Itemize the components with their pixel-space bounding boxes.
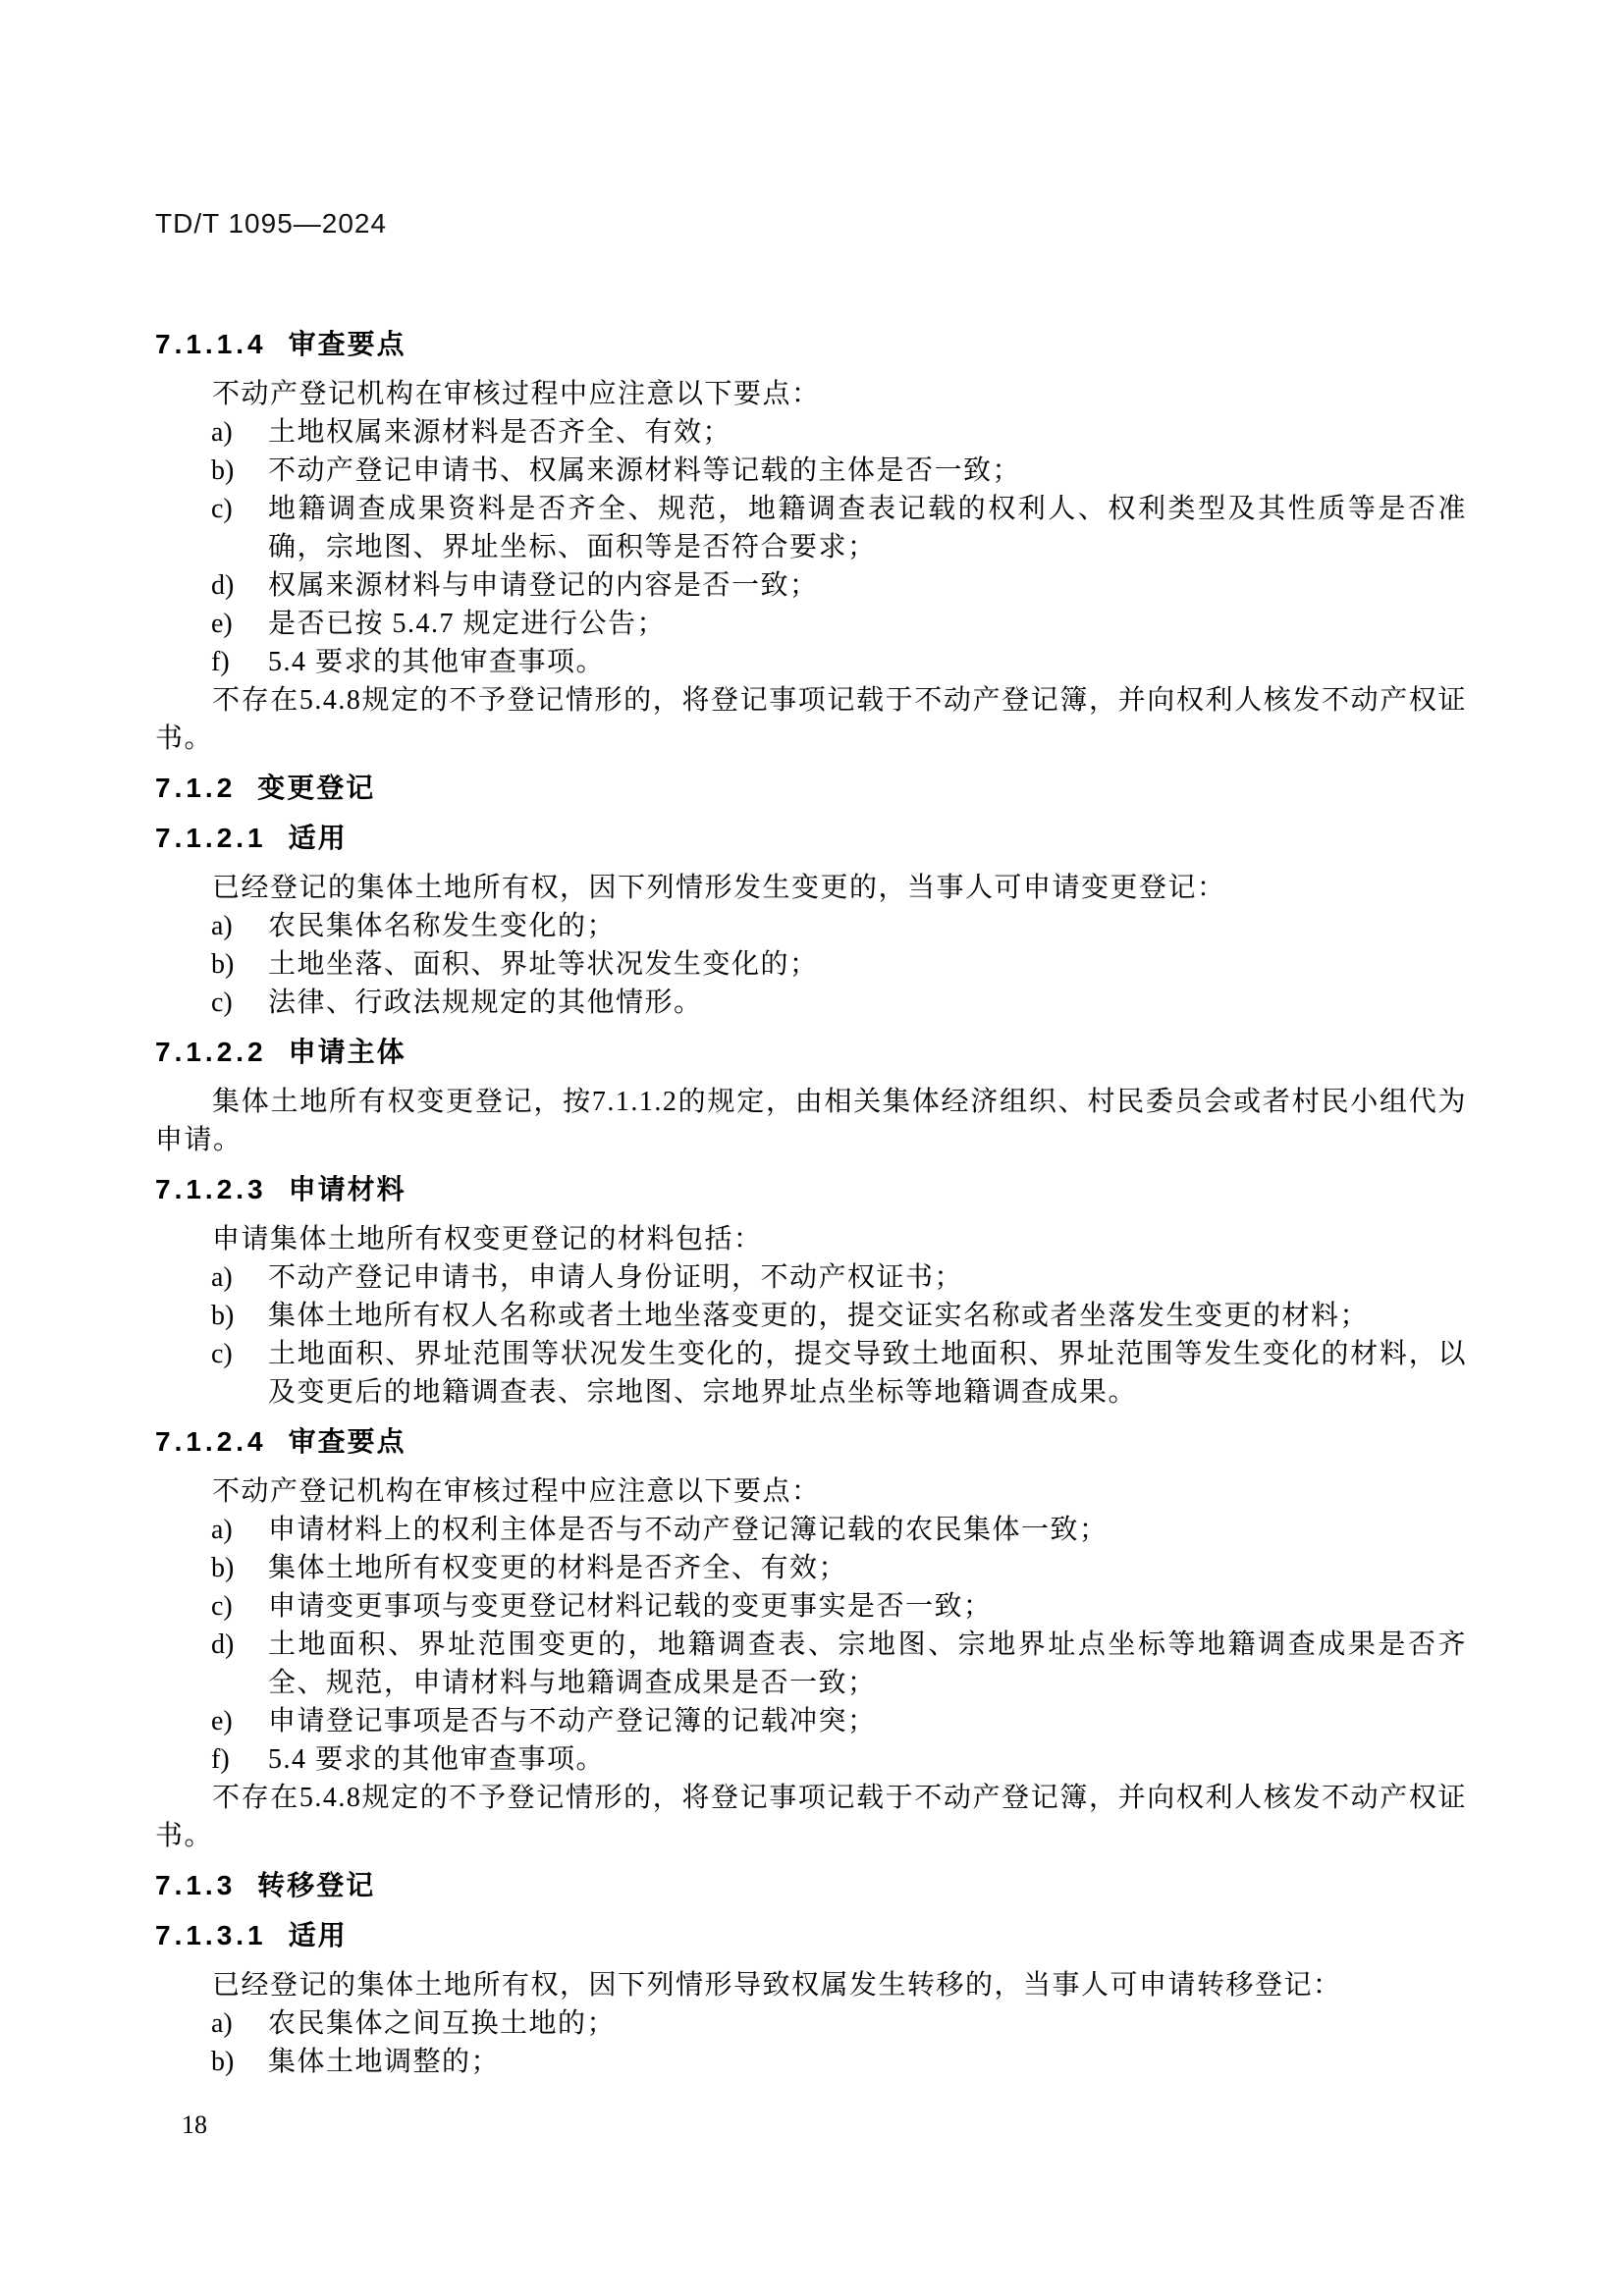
list-item-text: 集体土地所有权人名称或者土地坐落变更的，提交证实名称或者坐落发生变更的材料； [268, 1301, 1369, 1331]
list-item-label: f) [211, 643, 230, 681]
section-title: 审查要点 [289, 329, 406, 359]
section-number: 7.1.3.1 [155, 1920, 267, 1950]
section-title: 变更登记 [257, 773, 375, 803]
section-title: 适用 [289, 823, 348, 853]
section-number: 7.1.2.2 [155, 1037, 267, 1067]
section-heading: 7.1.2.4审查要点 [155, 1422, 1467, 1461]
section-number: 7.1.2 [155, 773, 236, 803]
section-heading: 7.1.3.1适用 [155, 1916, 1467, 1954]
list-item-label: b) [211, 452, 234, 490]
paragraph: 已经登记的集体土地所有权，因下列情形发生变更的，当事人可申请变更登记： [155, 869, 1467, 907]
list-item-text: 土地坐落、面积、界址等状况发生变化的； [268, 949, 819, 980]
list-item: e)是否已按 5.4.7 规定进行公告； [155, 605, 1467, 643]
list-item: b)不动产登记申请书、权属来源材料等记载的主体是否一致； [155, 452, 1467, 490]
list-item-text: 申请登记事项是否与不动产登记簿的记载冲突； [268, 1706, 877, 1736]
list-item: c)地籍调查成果资料是否齐全、规范，地籍调查表记载的权利人、权利类型及其性质等是… [155, 490, 1467, 566]
page-number: 18 [182, 2110, 207, 2140]
list-item-text: 地籍调查成果资料是否齐全、规范，地籍调查表记载的权利人、权利类型及其性质等是否准… [268, 494, 1467, 562]
list-item-text: 申请材料上的权利主体是否与不动产登记簿记载的农民集体一致； [268, 1515, 1109, 1545]
list-item-text: 是否已按 5.4.7 规定进行公告； [268, 609, 666, 639]
list-item: c)法律、行政法规规定的其他情形。 [155, 984, 1467, 1022]
list-item-text: 集体土地调整的； [268, 2047, 500, 2077]
list-item-text: 不动产登记申请书，申请人身份证明，不动产权证书； [268, 1262, 963, 1293]
document-body: 7.1.1.4审查要点不动产登记机构在审核过程中应注意以下要点：a)土地权属来源… [155, 314, 1467, 2081]
section-heading: 7.1.2.2申请主体 [155, 1033, 1467, 1071]
list-item: e)申请登记事项是否与不动产登记簿的记载冲突； [155, 1702, 1467, 1740]
list-item-label: a) [211, 907, 233, 945]
section-number: 7.1.2.4 [155, 1426, 267, 1457]
list-item-label: c) [211, 984, 233, 1022]
paragraph: 不存在5.4.8规定的不予登记情形的，将登记事项记载于不动产登记簿，并向权利人核… [155, 1779, 1467, 1855]
section-number: 7.1.3 [155, 1870, 236, 1900]
list-item-label: f) [211, 1740, 230, 1779]
section-number: 7.1.2.1 [155, 823, 267, 853]
list-item-label: a) [211, 2004, 233, 2043]
list-item-text: 集体土地所有权变更的材料是否齐全、有效； [268, 1553, 847, 1583]
list-item: a)农民集体之间互换土地的； [155, 2004, 1467, 2043]
list-item: a)土地权属来源材料是否齐全、有效； [155, 413, 1467, 452]
list-item-label: c) [211, 1587, 233, 1626]
list-item-text: 法律、行政法规规定的其他情形。 [268, 988, 703, 1018]
section-title: 转移登记 [257, 1870, 375, 1900]
section-number: 7.1.1.4 [155, 329, 267, 359]
list-item-text: 农民集体名称发生变化的； [268, 911, 616, 941]
list-item: a)农民集体名称发生变化的； [155, 907, 1467, 945]
list-item-text: 5.4 要求的其他审查事项。 [268, 647, 605, 677]
list-item: b)土地坐落、面积、界址等状况发生变化的； [155, 945, 1467, 984]
section-heading: 7.1.2.3申请材料 [155, 1170, 1467, 1208]
list-item: c)申请变更事项与变更登记材料记载的变更事实是否一致； [155, 1587, 1467, 1626]
list-item-label: b) [211, 1297, 234, 1335]
list-item: c)土地面积、界址范围等状况发生变化的，提交导致土地面积、界址范围等发生变化的材… [155, 1335, 1467, 1412]
section-title: 申请材料 [289, 1174, 406, 1204]
list-item-label: e) [211, 605, 233, 643]
list-item: a)申请材料上的权利主体是否与不动产登记簿记载的农民集体一致； [155, 1511, 1467, 1549]
section-number: 7.1.2.3 [155, 1174, 267, 1204]
list-item-label: a) [211, 413, 233, 452]
list-item: f)5.4 要求的其他审查事项。 [155, 1740, 1467, 1779]
standard-number-header: TD/T 1095—2024 [155, 208, 387, 240]
section-title: 适用 [289, 1920, 348, 1950]
paragraph: 集体土地所有权变更登记，按7.1.1.2的规定，由相关集体经济组织、村民委员会或… [155, 1083, 1467, 1159]
section-heading: 7.1.2.1适用 [155, 819, 1467, 857]
list-item: d)权属来源材料与申请登记的内容是否一致； [155, 566, 1467, 605]
paragraph: 申请集体土地所有权变更登记的材料包括： [155, 1220, 1467, 1258]
section-heading: 7.1.3转移登记 [155, 1866, 1467, 1904]
list-item: d)土地面积、界址范围变更的，地籍调查表、宗地图、宗地界址点坐标等地籍调查成果是… [155, 1626, 1467, 1702]
paragraph: 不动产登记机构在审核过程中应注意以下要点： [155, 375, 1467, 413]
list-item: b)集体土地所有权人名称或者土地坐落变更的，提交证实名称或者坐落发生变更的材料； [155, 1297, 1467, 1335]
section-heading: 7.1.1.4审查要点 [155, 325, 1467, 363]
list-item-label: e) [211, 1702, 233, 1740]
list-item-label: a) [211, 1511, 233, 1549]
list-item: b)集体土地所有权变更的材料是否齐全、有效； [155, 1549, 1467, 1587]
list-item-label: c) [211, 490, 233, 528]
paragraph: 不存在5.4.8规定的不予登记情形的，将登记事项记载于不动产登记簿，并向权利人核… [155, 681, 1467, 758]
list-item: f)5.4 要求的其他审查事项。 [155, 643, 1467, 681]
section-title: 审查要点 [289, 1426, 406, 1457]
list-item-text: 权属来源材料与申请登记的内容是否一致； [268, 570, 819, 601]
list-item-text: 土地面积、界址范围变更的，地籍调查表、宗地图、宗地界址点坐标等地籍调查成果是否齐… [268, 1629, 1467, 1698]
list-item-text: 土地面积、界址范围等状况发生变化的，提交导致土地面积、界址范围等发生变化的材料，… [268, 1339, 1467, 1408]
paragraph: 已经登记的集体土地所有权，因下列情形导致权属发生转移的，当事人可申请转移登记： [155, 1966, 1467, 2004]
page: TD/T 1095—2024 7.1.1.4审查要点不动产登记机构在审核过程中应… [0, 0, 1624, 2296]
list-item-text: 申请变更事项与变更登记材料记载的变更事实是否一致； [268, 1591, 993, 1622]
list-item-label: b) [211, 945, 234, 984]
list-item-label: d) [211, 1626, 234, 1664]
paragraph: 不动产登记机构在审核过程中应注意以下要点： [155, 1472, 1467, 1511]
list-item-label: b) [211, 2043, 234, 2081]
list-item-label: a) [211, 1258, 233, 1297]
list-item-text: 土地权属来源材料是否齐全、有效； [268, 417, 731, 448]
section-title: 申请主体 [289, 1037, 406, 1067]
list-item-text: 农民集体之间互换土地的； [268, 2008, 616, 2039]
list-item-label: d) [211, 566, 234, 605]
list-item-label: b) [211, 1549, 234, 1587]
list-item: a)不动产登记申请书，申请人身份证明，不动产权证书； [155, 1258, 1467, 1297]
section-heading: 7.1.2变更登记 [155, 769, 1467, 807]
list-item-label: c) [211, 1335, 233, 1373]
list-item-text: 不动产登记申请书、权属来源材料等记载的主体是否一致； [268, 455, 1021, 486]
list-item-text: 5.4 要求的其他审查事项。 [268, 1744, 605, 1775]
list-item: b)集体土地调整的； [155, 2043, 1467, 2081]
